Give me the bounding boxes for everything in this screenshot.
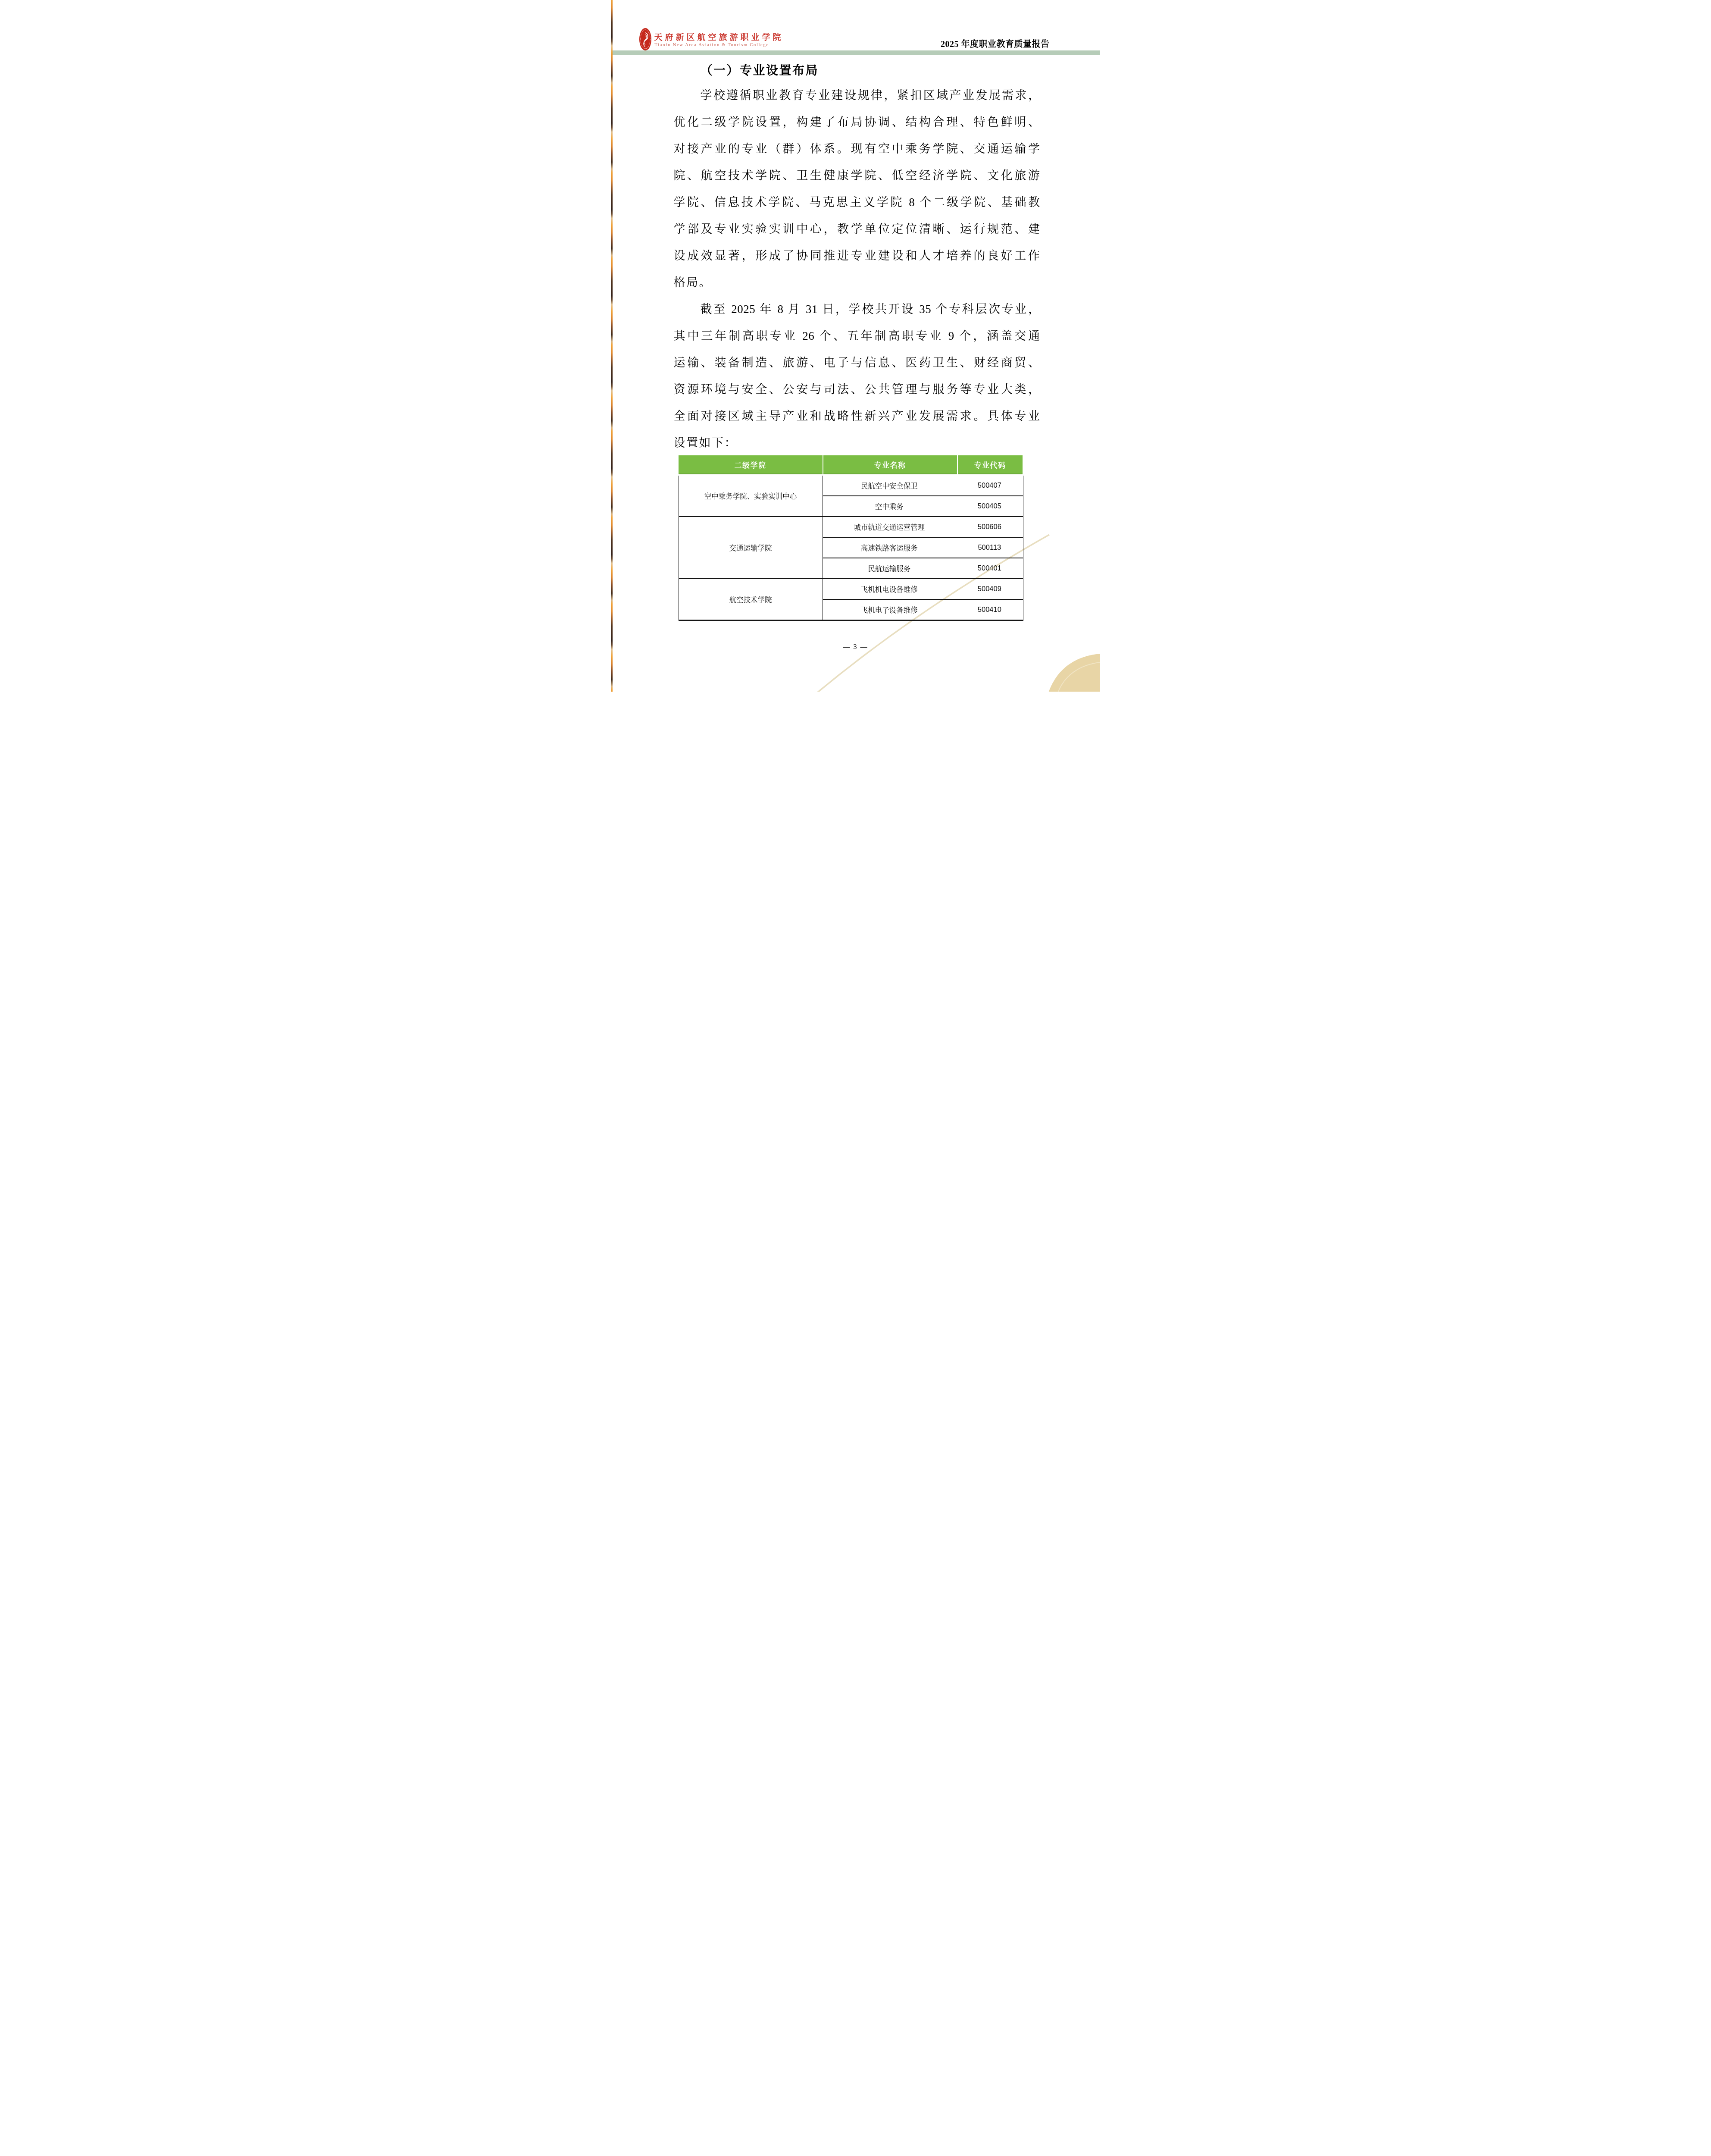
table-row: 交通运输学院 城市轨道交通运营管理 500606: [679, 517, 1023, 537]
para2-line: 截至 2025 年 8 月 31 日，学校共开设 35 个专科层次专业，: [674, 296, 1040, 323]
major-cell: 城市轨道交通运营管理: [823, 517, 956, 537]
majors-table-header: 二级学院 专业名称 专业代码: [679, 455, 1023, 474]
para2-line: 全面对接区域主导产业和战略性新兴产业发展需求。具体专业: [674, 403, 1040, 429]
para1-line: 格局。: [674, 269, 1040, 296]
column-header-major-name: 专业名称: [823, 455, 957, 474]
college-emblem-icon: [639, 28, 652, 51]
para1-line: 学校遵循职业教育专业建设规律，紧扣区域产业发展需求，: [674, 82, 1040, 109]
tan-corner-shape: [1048, 654, 1100, 692]
header-divider-bar: [611, 50, 1100, 55]
code-cell: 500410: [956, 599, 1023, 620]
code-cell: 500409: [956, 579, 1023, 599]
column-header-major-code: 专业代码: [958, 455, 1023, 474]
college-name-english: Tianfu New Area Aviation & Tourism Colle…: [655, 43, 769, 47]
para2-line: 资源环境与安全、公安与司法、公共管理与服务等专业大类，: [674, 376, 1040, 403]
para1-line: 学部及专业实验实训中心，教学单位定位清晰、运行规范、建: [674, 216, 1040, 242]
para1-line: 学院、信息技术学院、马克思主义学院 8 个二级学院、基础教: [674, 189, 1040, 216]
major-cell: 飞机电子设备维修: [823, 599, 956, 620]
code-cell: 500606: [956, 517, 1023, 537]
para1-line: 优化二级学院设置，构建了布局协调、结构合理、特色鲜明、: [674, 109, 1040, 135]
column-header-college: 二级学院: [679, 455, 823, 474]
major-cell: 民航空中安全保卫: [823, 476, 956, 496]
major-cell: 空中乘务: [823, 496, 956, 517]
code-cell: 500407: [956, 476, 1023, 496]
para1-line: 院、航空技术学院、卫生健康学院、低空经济学院、文化旅游: [674, 162, 1040, 189]
majors-table-body: 空中乘务学院、实验实训中心 民航空中安全保卫 500407 空中乘务 50040…: [679, 476, 1023, 621]
body-text: 学校遵循职业教育专业建设规律，紧扣区域产业发展需求， 优化二级学院设置，构建了布…: [674, 82, 1040, 456]
major-cell: 飞机机电设备维修: [823, 579, 956, 599]
para1-line: 对接产业的专业（群）体系。现有空中乘务学院、交通运输学: [674, 135, 1040, 162]
para2-line: 其中三年制高职专业 26 个、五年制高职专业 9 个，涵盖交通: [674, 323, 1040, 349]
college-cell: 航空技术学院: [679, 579, 823, 620]
page-number: — 3 —: [611, 643, 1100, 651]
section-heading: （一）专业设置布局: [674, 61, 819, 78]
report-page: 天府新区航空旅游职业学院 Tianfu New Area Aviation & …: [611, 0, 1100, 692]
code-cell: 500113: [956, 537, 1023, 558]
report-title: 2025 年度职业教育质量报告: [941, 37, 1050, 50]
para1-line: 设成效显著，形成了协同推进专业建设和人才培养的良好工作: [674, 242, 1040, 269]
table-row: 空中乘务学院、实验实训中心 民航空中安全保卫 500407: [679, 476, 1023, 496]
code-cell: 500401: [956, 558, 1023, 579]
majors-table: 二级学院 专业名称 专业代码 空中乘务学院、实验实训中心 民航空中安全保卫 50…: [679, 455, 1023, 621]
para2-line: 运输、装备制造、旅游、电子与信息、医药卫生、财经商贸、: [674, 349, 1040, 376]
major-cell: 民航运输服务: [823, 558, 956, 579]
corner-highlight-curve: [1058, 662, 1100, 692]
major-cell: 高速铁路客运服务: [823, 537, 956, 558]
college-cell: 空中乘务学院、实验实训中心: [679, 476, 823, 517]
left-photo-strip: [611, 0, 613, 692]
table-row: 航空技术学院 飞机机电设备维修 500409: [679, 579, 1023, 599]
code-cell: 500405: [956, 496, 1023, 517]
para2-line: 设置如下：: [674, 429, 1040, 456]
college-cell: 交通运输学院: [679, 517, 823, 579]
college-name-chinese: 天府新区航空旅游职业学院: [654, 31, 784, 43]
